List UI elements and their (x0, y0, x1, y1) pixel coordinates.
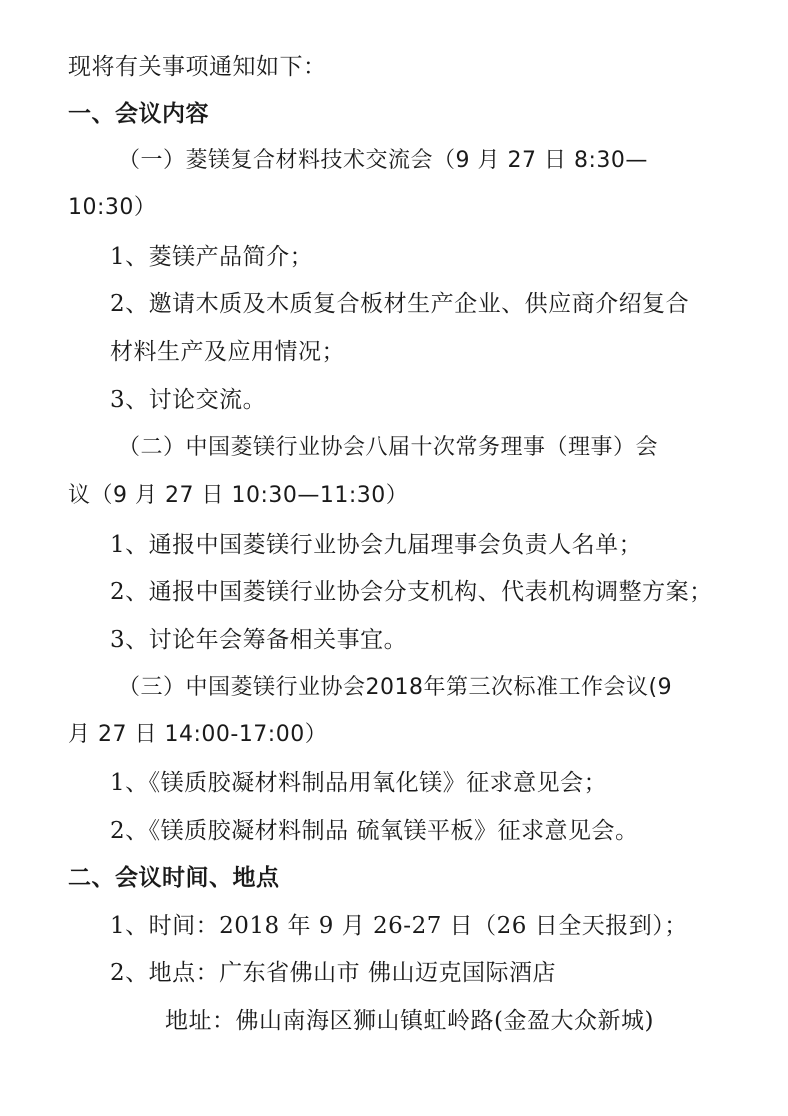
list-item: 2、《镁质胶凝材料制品 硫氧镁平板》征求意见会。 (110, 816, 638, 846)
list-item: 3、讨论交流。 (110, 385, 266, 415)
location-item: 2、地点：广东省佛山市 佛山迈克国际酒店 (110, 958, 556, 988)
time-item: 1、时间：2018 年 9 月 26-27 日（26 日全天报到）； (110, 911, 688, 941)
subsection-title-1-line2: 10:30） (68, 193, 156, 223)
subsection-title-2-line2: 议（9 月 27 日 10:30—11:30） (68, 481, 408, 511)
list-item: 1、通报中国菱镁行业协会九届理事会负责人名单； (110, 530, 642, 560)
intro-text: 现将有关事项通知如下： (68, 52, 327, 82)
list-item: 2、通报中国菱镁行业协会分支机构、代表机构调整方案； (110, 577, 713, 607)
section-heading-time-location: 二、会议时间、地点 (68, 863, 280, 893)
section-heading-meeting-content: 一、会议内容 (68, 99, 209, 129)
list-item: 1、《镁质胶凝材料制品用氧化镁》征求意见会； (110, 768, 607, 798)
subsection-title-3-line1: （三）中国菱镁行业协会2018年第三次标准工作会议(9 (118, 673, 672, 703)
subsection-title-1-line1: （一）菱镁复合材料技术交流会（9 月 27 日 8:30— (118, 146, 648, 176)
address-item: 地址：佛山南海区狮山镇虹岭路(金盈大众新城) (165, 1006, 654, 1036)
list-item: 1、菱镁产品简介； (110, 242, 313, 272)
list-item: 3、讨论年会筹备相关事宜。 (110, 625, 407, 655)
list-item-continuation: 材料生产及应用情况； (110, 337, 345, 367)
list-item: 2、邀请木质及木质复合板材生产企业、供应商介绍复合 (110, 289, 689, 319)
subsection-title-2-line1: （二）中国菱镁行业协会八届十次常务理事（理事）会 (118, 433, 658, 463)
subsection-title-3-line2: 月 27 日 14:00-17:00） (68, 720, 327, 750)
